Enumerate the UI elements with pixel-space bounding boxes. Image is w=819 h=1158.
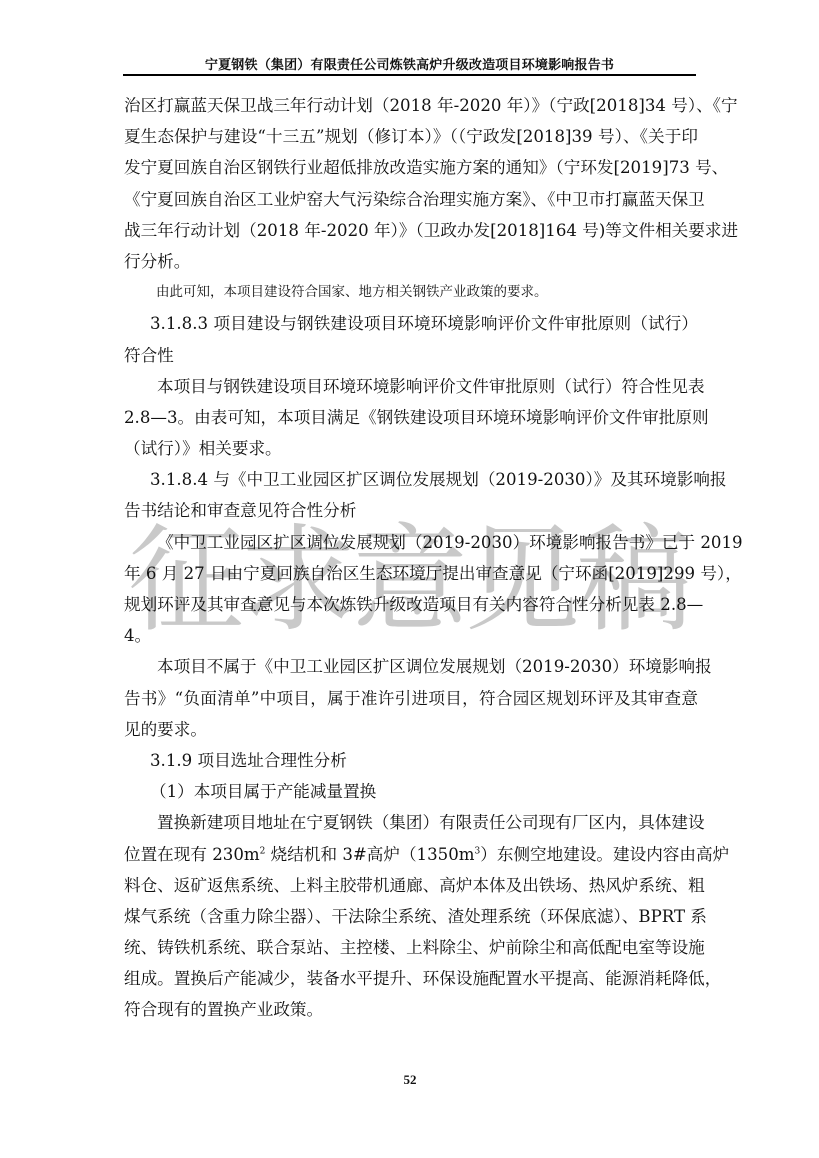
section-heading-3-1-8-3: 3.1.8.3 项目建设与钢铁建设项目环境环境影响评价文件审批原则（试行） xyxy=(124,308,698,339)
paragraph-line: 2.8—3。由表可知，本项目满足《钢铁建设项目环境环境影响评价文件审批原则 xyxy=(124,402,698,433)
paragraph-line: （试行）》相关要求。 xyxy=(124,433,698,464)
section-heading-3-1-8-3-cont: 符合性 xyxy=(124,340,698,371)
line-part: 位置在现有 230m xyxy=(124,845,260,864)
document-page: 宁夏钢铁（集团）有限责任公司炼铁高炉升级改造项目环境影响报告书 征求意见稿 治区… xyxy=(0,0,819,1158)
subsection-heading-1: （1）本项目属于产能减量置换 xyxy=(124,776,698,807)
paragraph-line: 4。 xyxy=(124,620,698,651)
body-text: 治区打赢蓝天保卫战三年行动计划（2018 年-2020 年）》（宁政[2018]… xyxy=(124,90,698,1026)
paragraph-line: 规划环评及其审查意见与本次炼铁升级改造项目有关内容符合性分析见表 2.8— xyxy=(124,589,698,620)
paragraph-line: 置换新建项目地址在宁夏钢铁（集团）有限责任公司现有厂区内，具体建设 xyxy=(124,807,698,838)
paragraph-line: 组成。置换后产能减少，装备水平提升、环保设施配置水平提高、能源消耗降低， xyxy=(124,963,698,994)
paragraph-line: 《宁夏回族自治区工业炉窑大气污染综合治理实施方案》、《中卫市打赢蓝天保卫 xyxy=(124,184,698,215)
paragraph-line: 见的要求。 xyxy=(124,714,698,745)
paragraph-line: 治区打赢蓝天保卫战三年行动计划（2018 年-2020 年）》（宁政[2018]… xyxy=(124,90,698,121)
paragraph-line: 告书》“负面清单”中项目，属于准许引进项目，符合园区规划环评及其审查意 xyxy=(124,683,698,714)
paragraph-line: 《中卫工业园区扩区调位发展规划（2019-2030）环境影响报告书》已于 201… xyxy=(124,527,698,558)
paragraph-line-with-units: 位置在现有 230m2 烧结机和 3#高炉（1350m3）东侧空地建设。建设内容… xyxy=(124,839,698,870)
conclusion-line: 由此可知，本项目建设符合国家、地方相关钢铁产业政策的要求。 xyxy=(124,277,698,308)
section-heading-3-1-8-4-cont: 告书结论和审查意见符合性分析 xyxy=(124,495,698,526)
paragraph-line: 夏生态保护与建设“十三五”规划（修订本）》（（宁政发[2018]39 号）、《关… xyxy=(124,121,698,152)
paragraph-line: 行分析。 xyxy=(124,246,698,277)
paragraph-line: 本项目与钢铁建设项目环境环境影响评价文件审批原则（试行）符合性见表 xyxy=(124,371,698,402)
section-heading-3-1-8-4: 3.1.8.4 与《中卫工业园区扩区调位发展规划（2019-2030）》及其环境… xyxy=(124,464,698,495)
paragraph-line: 发宁夏回族自治区钢铁行业超低排放改造实施方案的通知》（宁环发[2019]73 号… xyxy=(124,152,698,183)
paragraph-line: 煤气系统（含重力除尘器）、干法除尘系统、渣处理系统（环保底滤）、BPRT 系 xyxy=(124,901,698,932)
paragraph-line: 料仓、返矿返焦系统、上料主胶带机通廊、高炉本体及出铁场、热风炉系统、粗 xyxy=(124,870,698,901)
running-header-title: 宁夏钢铁（集团）有限责任公司炼铁高炉升级改造项目环境影响报告书 xyxy=(123,54,696,73)
line-part: 烧结机和 3#高炉（1350m xyxy=(265,845,474,864)
paragraph-line: 年 6 月 27 日由宁夏回族自治区生态环境厅提出审查意见（宁环函[2019]2… xyxy=(124,558,698,589)
paragraph-line: 本项目不属于《中卫工业园区扩区调位发展规划（2019-2030）环境影响报 xyxy=(124,651,698,682)
paragraph-line: 统、铸铁机系统、联合泵站、主控楼、上料除尘、炉前除尘和高低配电室等设施 xyxy=(124,932,698,963)
line-part: ）东侧空地建设。建设内容由高炉 xyxy=(480,845,729,864)
paragraph-line: 战三年行动计划（2018 年-2020 年）》（卫政办发[2018]164 号)… xyxy=(124,215,698,246)
paragraph-line: 符合现有的置换产业政策。 xyxy=(124,994,698,1025)
page-number: 52 xyxy=(380,1072,440,1088)
header-divider xyxy=(123,74,696,76)
section-heading-3-1-9: 3.1.9 项目选址合理性分析 xyxy=(124,745,698,776)
